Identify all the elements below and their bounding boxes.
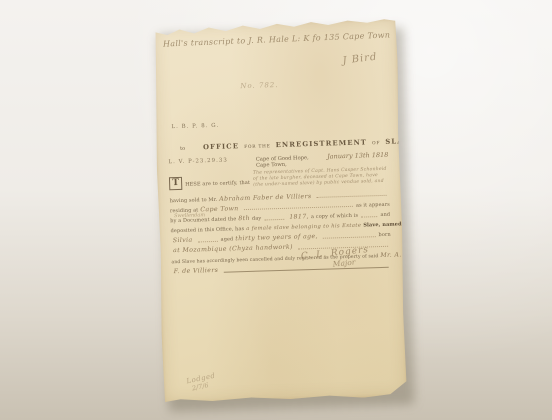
- printed-text: deposited in this Office, has: [170, 226, 244, 234]
- to-label: to: [180, 146, 185, 152]
- handwritten-date: January 13th 1818: [327, 150, 388, 160]
- paper-sheet: Hall's transcript to J. R. Hale L: K fo …: [152, 18, 407, 403]
- owner-name-part2: F. de Villiers: [174, 267, 219, 275]
- printed-text: having sold to Mr.: [170, 196, 218, 203]
- slave-name: Silvia: [173, 237, 193, 245]
- dotted-leader: [244, 205, 353, 210]
- office-word: FOR THE: [244, 144, 271, 150]
- deposited-handwriting: a female slave belonging to his Estate: [246, 222, 361, 231]
- birthplace: at Mozambique (Chyza handwork): [173, 244, 293, 255]
- handwritten-endorsement: Hall's transcript to J. R. Hale L: K fo …: [163, 31, 389, 49]
- certificate-number: No. 782.: [240, 81, 278, 90]
- document-year: 1817,: [289, 213, 309, 221]
- dotted-leader: [264, 218, 284, 221]
- reference-code-2: L. V. P-23.29.33: [168, 157, 228, 165]
- owner-name-part1: Mr. A.: [380, 251, 402, 259]
- residence-marginal-note: Swellendam: [174, 212, 205, 219]
- dotted-leader: [198, 239, 218, 242]
- reference-code-1: L. B. P. 8. G.: [171, 123, 219, 130]
- office-word: ENREGISTREMENT: [276, 138, 368, 149]
- docket-note: Lodged 2/7/6: [186, 372, 218, 394]
- document-day: 8th: [238, 215, 250, 222]
- dotted-leader: [316, 194, 386, 198]
- residence-value: Cape Town: [200, 205, 238, 213]
- slave-named-label: Slave, named: [363, 221, 402, 228]
- dotted-leader: [323, 235, 376, 239]
- printed-text: aged: [221, 236, 234, 242]
- buyer-name: Abraham Faber de Villiers: [219, 193, 312, 203]
- printed-text: and: [380, 212, 390, 218]
- printed-text: as it appears: [356, 202, 390, 209]
- reference-row-1: L. B. P. 8. G.: [171, 107, 387, 132]
- certify-text: HESE are to certify, that: [185, 179, 250, 187]
- endorsement-signature: J Bird: [342, 52, 378, 67]
- photo-backdrop: Hall's transcript to J. R. Hale L: K fo …: [0, 0, 552, 420]
- office-word: OF: [372, 141, 380, 146]
- office-word: OFFICE: [203, 142, 239, 151]
- certify-row: T HESE are to certify, that The represen…: [169, 170, 389, 193]
- slave-age: thirty two years of age,: [235, 233, 318, 242]
- dotted-leader: [361, 215, 377, 217]
- printed-text: a copy of which is: [311, 213, 358, 220]
- handwritten-insertion: The representatives of Capt. Hans Casper…: [253, 166, 388, 189]
- printed-text: day: [252, 216, 261, 222]
- dropcap-initial: T: [169, 176, 182, 189]
- place-dateline: Cape of Good Hope, Cape Town,: [256, 154, 324, 168]
- office-title: OFFICE FOR THE ENREGISTREMENT OF SLAVES,: [203, 128, 425, 154]
- printed-text: born: [378, 232, 390, 238]
